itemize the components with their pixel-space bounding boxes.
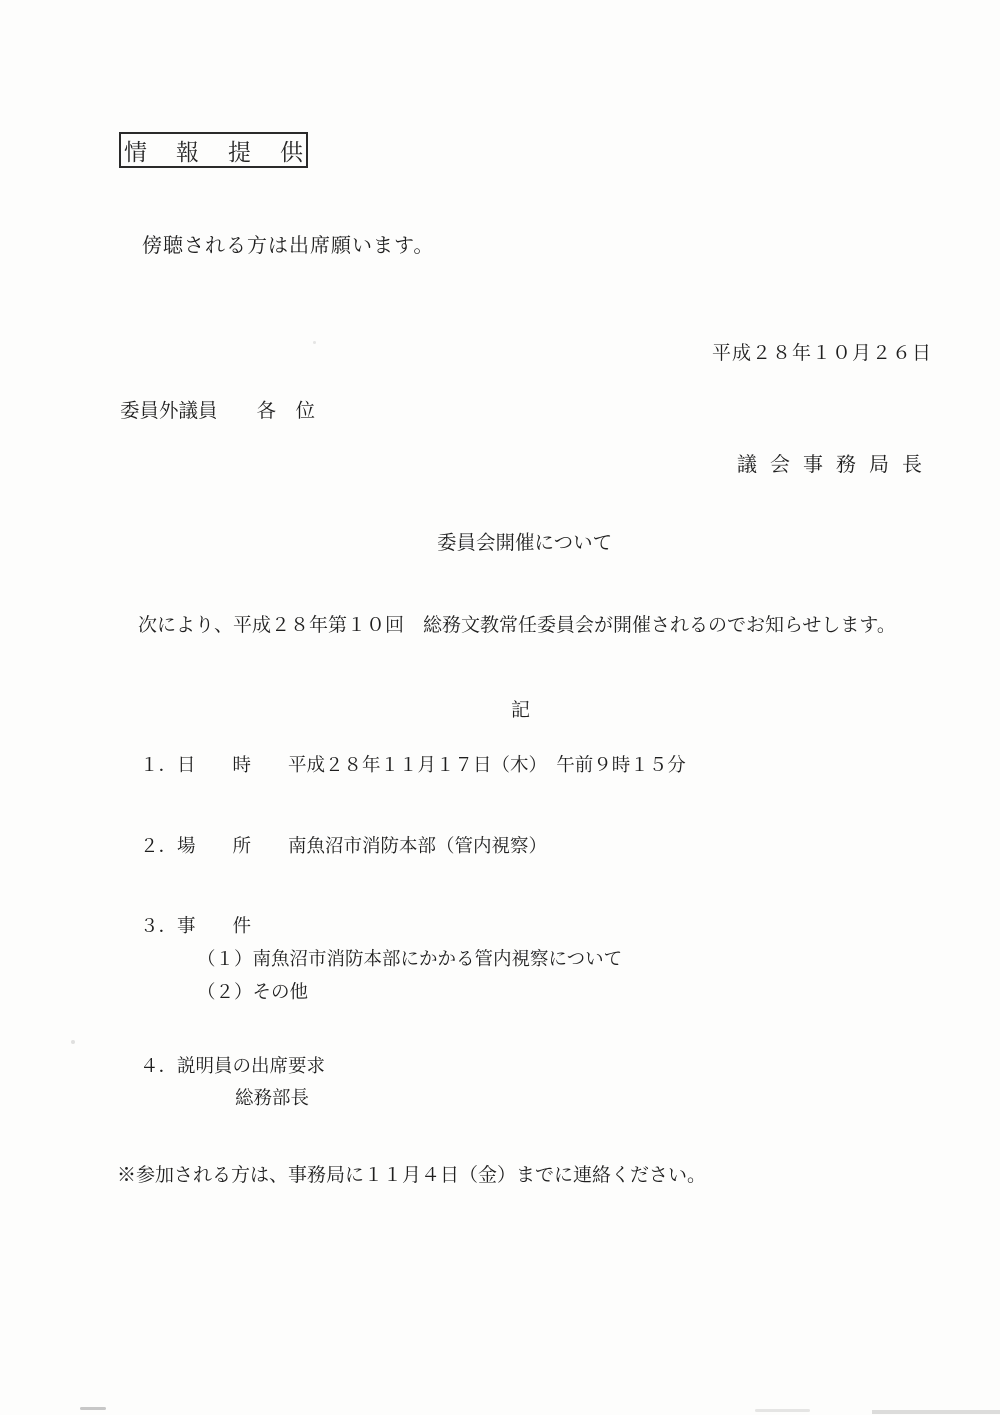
issue-date: 平成２８年１０月２６日 — [712, 342, 932, 366]
info-stamp-box: 情 報 提 供 — [119, 132, 308, 168]
recipient-line: 委員外議員 各 位 — [120, 400, 315, 424]
ki-marker: 記 — [511, 699, 530, 723]
scan-artifact — [313, 341, 316, 344]
item-location: ２．場 所 南魚沼市消防本部（管内視察） — [140, 836, 547, 859]
scan-artifact — [71, 1040, 75, 1044]
scan-artifact — [755, 1409, 810, 1412]
attendee-name: 総務部長 — [235, 1088, 309, 1111]
stamp-char: 提 — [228, 134, 251, 167]
item-datetime: １．日 時 平成２８年１１月１７日（木） 午前９時１５分 — [140, 755, 686, 778]
agenda-sub-item: （２）その他 — [197, 982, 308, 1005]
stamp-char: 報 — [176, 134, 199, 167]
agenda-sub-item: （１）南魚沼市消防本部にかかる管内視察について — [197, 949, 622, 972]
document-page: 情 報 提 供 傍聴される方は出席願います。 平成２８年１０月２６日 委員外議員… — [0, 0, 1000, 1415]
document-title: 委員会開催について — [437, 532, 612, 556]
contact-footnote: ※参加される方は、事務局に１１月４日（金）までに連絡ください。 — [117, 1164, 706, 1188]
stamp-char: 情 — [124, 134, 147, 167]
stamp-char: 供 — [280, 134, 303, 167]
scan-artifact — [80, 1407, 106, 1410]
sender-line: 議 会 事 務 局 長 — [737, 453, 922, 478]
body-paragraph: 次により、平成２８年第１０回 総務文教常任委員会が開催されるのでお知らせします。 — [138, 614, 896, 638]
audit-notice: 傍聴される方は出席願います。 — [142, 234, 434, 259]
scan-artifact — [872, 1410, 1000, 1414]
item-agenda: ３．事 件 — [140, 916, 251, 939]
item-attendees: ４．説明員の出席要求 — [140, 1056, 325, 1079]
